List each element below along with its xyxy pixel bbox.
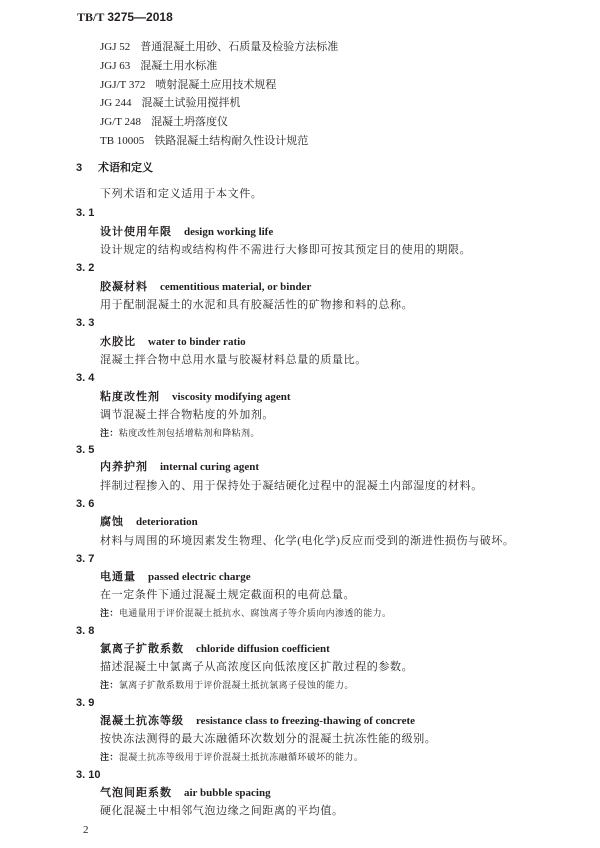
clause-number: 3. 4 (76, 370, 94, 386)
definition: 设计规定的结构或结构构件不需进行大修即可按其预定目的使用的期限。 (100, 242, 471, 258)
term: 气泡间距系数air bubble spacing (100, 785, 271, 801)
term: 胶凝材料cementitious material, or binder (100, 279, 311, 295)
definition: 调节混凝土拌合物粘度的外加剂。 (100, 407, 274, 423)
clause-number: 3. 2 (76, 260, 94, 276)
reference-item: JGJ/T 372喷射混凝土应用技术规程 (100, 77, 276, 93)
section-heading: 3术语和定义 (76, 160, 153, 176)
clause-number: 3. 8 (76, 623, 94, 639)
definition: 在一定条件下通过混凝土规定截面积的电荷总量。 (100, 587, 355, 603)
clause-number: 3. 10 (76, 767, 100, 783)
note: 注：混凝土抗冻等级用于评价混凝土抵抗冻融循环破坏的能力。 (100, 749, 363, 765)
definition: 混凝土拌合物中总用水量与胶凝材料总量的质量比。 (100, 352, 367, 368)
term: 水胶比water to binder ratio (100, 334, 246, 350)
definition: 按快冻法测得的最大冻融循环次数划分的混凝土抗冻性能的级别。 (100, 731, 436, 747)
term: 电通量passed electric charge (100, 569, 251, 585)
clause-number: 3. 3 (76, 315, 94, 331)
page-number: 2 (83, 822, 89, 838)
definition: 用于配制混凝土的水泥和具有胶凝活性的矿物掺和料的总称。 (100, 297, 413, 313)
reference-item: JGJ 52普通混凝土用砂、石质量及检验方法标准 (100, 39, 338, 55)
term: 内养护剂internal curing agent (100, 459, 259, 475)
note: 注：粘度改性剂包括增粘剂和降粘剂。 (100, 425, 260, 441)
section-intro: 下列术语和定义适用于本文件。 (100, 186, 262, 202)
standard-number: 3275—2018 (107, 10, 172, 24)
term: 腐蚀deterioration (100, 514, 198, 530)
clause-number: 3. 5 (76, 442, 94, 458)
definition: 描述混凝土中氯离子从高浓度区向低浓度区扩散过程的参数。 (100, 659, 413, 675)
definition: 拌制过程掺入的、用于保持处于凝结硬化过程中的混凝土内部湿度的材料。 (100, 478, 483, 494)
reference-item: JG/T 248混凝土坍落度仪 (100, 114, 228, 130)
clause-number: 3. 7 (76, 551, 94, 567)
standard-prefix: TB/T (77, 10, 104, 24)
reference-item: JGJ 63混凝土用水标准 (100, 58, 217, 74)
note: 注：氯离子扩散系数用于评价混凝土抵抗氯离子侵蚀的能力。 (100, 677, 354, 693)
clause-number: 3. 1 (76, 205, 94, 221)
note: 注：电通量用于评价混凝土抵抗水、腐蚀离子等介质向内渗透的能力。 (100, 605, 391, 621)
document-header: TB/T 3275—2018 (77, 9, 173, 25)
term: 氯离子扩散系数chloride diffusion coefficient (100, 641, 330, 657)
reference-item: JG 244混凝土试验用搅拌机 (100, 95, 240, 111)
clause-number: 3. 6 (76, 496, 94, 512)
definition: 材料与周围的环境因素发生物理、化学(电化学)反应而受到的渐进性损伤与破坏。 (100, 533, 515, 549)
reference-item: TB 10005铁路混凝土结构耐久性设计规范 (100, 133, 308, 149)
definition: 硬化混凝土中相邻气泡边缘之间距离的平均值。 (100, 803, 344, 819)
term: 粘度改性剂viscosity modifying agent (100, 389, 291, 405)
clause-number: 3. 9 (76, 695, 94, 711)
term: 设计使用年限design working life (100, 224, 273, 240)
term: 混凝土抗冻等级resistance class to freezing-thaw… (100, 713, 415, 729)
